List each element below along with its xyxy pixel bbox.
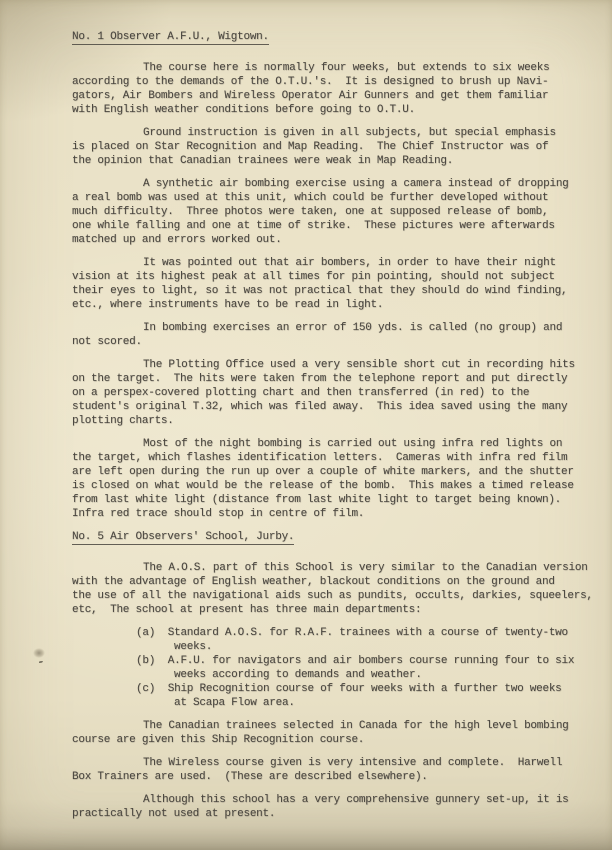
document-content: No. 1 Observer A.F.U., Wigtown.The cours… <box>72 30 592 830</box>
section-heading-text: No. 1 Observer A.F.U., Wigtown. <box>72 31 269 45</box>
paragraph-line: etc., where instruments have to be read … <box>72 298 592 312</box>
paragraph-line: is placed on Star Recognition and Map Re… <box>72 140 592 154</box>
paragraph-line: not scored. <box>72 335 592 349</box>
paragraph: The Wireless course given is very intens… <box>72 756 592 784</box>
paragraph-line: The course here is normally four weeks, … <box>72 61 592 75</box>
paragraph-line: It was pointed out that air bombers, in … <box>72 256 592 270</box>
paragraph: It was pointed out that air bombers, in … <box>72 256 592 312</box>
paragraph: The Plotting Office used a very sensible… <box>72 358 592 428</box>
paragraph-line: matched up and errors worked out. <box>72 233 592 247</box>
paragraph-line: are left open during the run up over a c… <box>72 465 592 479</box>
paragraph-line: gators, Air Bombers and Wireless Operato… <box>72 89 592 103</box>
paragraph-line: is closed on what would be the release o… <box>72 479 592 493</box>
paragraph-line: with the advantage of English weather, b… <box>72 575 592 589</box>
ink-smudge <box>33 648 45 658</box>
paragraph-line: Ground instruction is given in all subje… <box>72 126 592 140</box>
paragraph-line: according to the demands of the O.T.U.'s… <box>72 75 592 89</box>
paragraph-line: Box Trainers are used. (These are descri… <box>72 770 592 784</box>
paragraph-line: course are given this Ship Recognition c… <box>72 733 592 747</box>
paragraph-line: the target, which flashes identification… <box>72 451 592 465</box>
scanned-document-page: No. 1 Observer A.F.U., Wigtown.The cours… <box>0 0 612 850</box>
paragraph-line: a real bomb was used at this unit, which… <box>72 191 592 205</box>
list-item-continuation-line: weeks according to demands and weather. <box>136 668 592 682</box>
paragraph: Most of the night bombing is carried out… <box>72 437 592 521</box>
list-item-line: (c) Ship Recognition course of four week… <box>136 682 592 696</box>
paragraph: The Canadian trainees selected in Canada… <box>72 719 592 747</box>
paragraph-line: In bombing exercises an error of 150 yds… <box>72 321 592 335</box>
paragraph-line: their eyes to light, so it was not pract… <box>72 284 592 298</box>
list-item-continuation-line: weeks. <box>136 640 592 654</box>
paragraph: The course here is normally four weeks, … <box>72 61 592 117</box>
paragraph: Although this school has a very comprehe… <box>72 793 592 821</box>
paragraph-line: The Canadian trainees selected in Canada… <box>72 719 592 733</box>
section-heading: No. 1 Observer A.F.U., Wigtown. <box>72 30 592 46</box>
paragraph-line: The Plotting Office used a very sensible… <box>72 358 592 372</box>
paragraph-line: from last white light (distance from las… <box>72 493 592 507</box>
paragraph-line: Most of the night bombing is carried out… <box>72 437 592 451</box>
list-item-line: (b) A.F.U. for navigators and air bomber… <box>136 654 592 668</box>
paragraph-line: one while falling and one at time of str… <box>72 219 592 233</box>
paragraph-line: with English weather conditions before g… <box>72 103 592 117</box>
list-item-line: (a) Standard A.O.S. for R.A.F. trainees … <box>136 626 592 640</box>
paragraph-line: student's original T.32, which was filed… <box>72 400 592 414</box>
paragraph-line: vision at its highest peak at all times … <box>72 270 592 284</box>
list-item-continuation-line: at Scapa Flow area. <box>136 696 592 710</box>
section-heading-text: No. 5 Air Observers' School, Jurby. <box>72 531 294 545</box>
paragraph: A synthetic air bombing exercise using a… <box>72 177 592 247</box>
paragraph-line: A synthetic air bombing exercise using a… <box>72 177 592 191</box>
paragraph-line: on a perspex-covered plotting chart and … <box>72 386 592 400</box>
paragraph-line: the use of all the navigational aids suc… <box>72 589 592 603</box>
paragraph: Ground instruction is given in all subje… <box>72 126 592 168</box>
paragraph-line: on the target. The hits were taken from … <box>72 372 592 386</box>
paragraph-line: much difficulty. Three photos were taken… <box>72 205 592 219</box>
paragraph-line: The A.O.S. part of this School is very s… <box>72 561 592 575</box>
paragraph: The A.O.S. part of this School is very s… <box>72 561 592 617</box>
paragraph: In bombing exercises an error of 150 yds… <box>72 321 592 349</box>
paragraph-line: etc, The school at present has three mai… <box>72 603 592 617</box>
paragraph-line: plotting charts. <box>72 414 592 428</box>
section-heading: No. 5 Air Observers' School, Jurby. <box>72 530 592 546</box>
paragraph-line: Infra red trace should stop in centre of… <box>72 507 592 521</box>
paragraph-line: practically not used at present. <box>72 807 592 821</box>
paragraph-line: the opinion that Canadian trainees were … <box>72 154 592 168</box>
paragraph-line: The Wireless course given is very intens… <box>72 756 592 770</box>
paragraph-line: Although this school has a very comprehe… <box>72 793 592 807</box>
lettered-list: (a) Standard A.O.S. for R.A.F. trainees … <box>136 626 592 710</box>
